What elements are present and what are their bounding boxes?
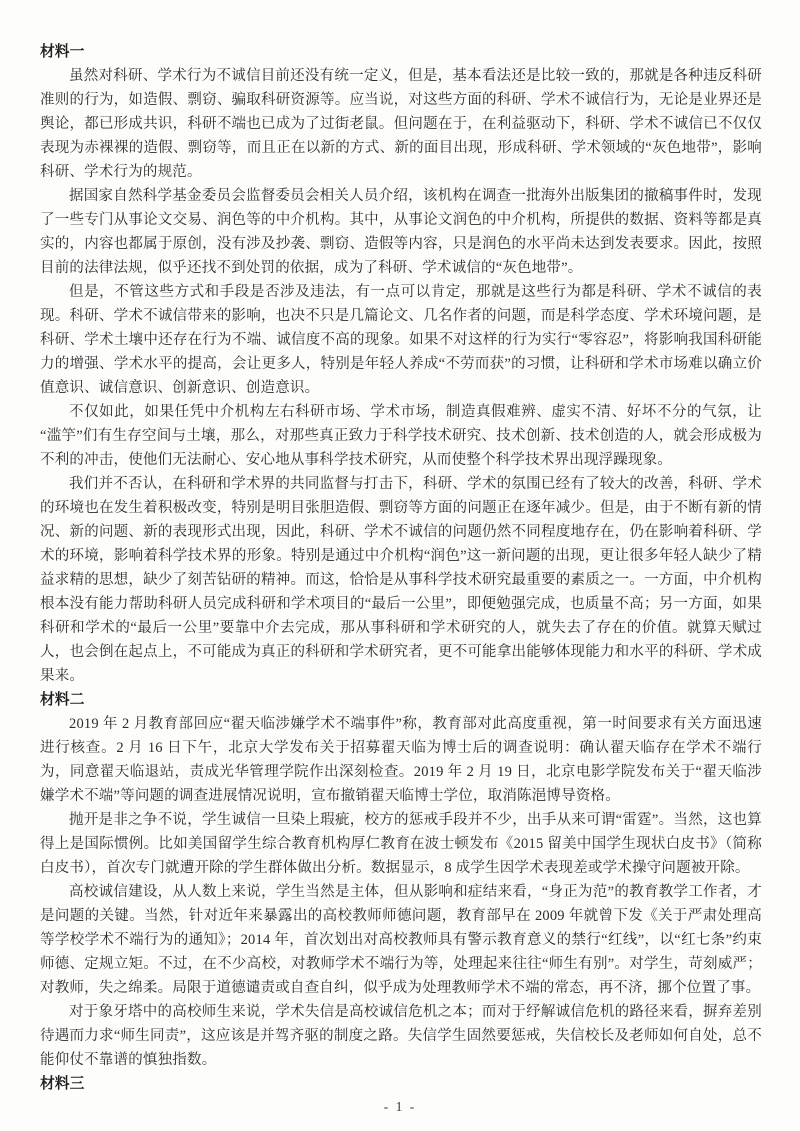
material-section: 材料三 (40, 1072, 762, 1096)
paragraph: 高校诚信建设，从人数上来说，学生当然是主体，但从影响和症结来看，“身正为范”的教… (40, 880, 762, 1000)
paragraph: 2019 年 2 月教育部回应“翟天临涉嫌学术不端事件”称，教育部对此高度重视，… (40, 712, 762, 808)
section-heading: 材料一 (40, 40, 762, 64)
paragraph: 我们并不否认，在科研和学术界的共同监督与打击下，科研、学术的氛围已经有了较大的改… (40, 472, 762, 688)
paragraph: 据国家自然科学基金委员会监督委员会相关人员介绍，该机构在调查一批海外出版集团的撤… (40, 184, 762, 280)
section-heading: 材料二 (40, 688, 762, 712)
material-section: 材料一 虽然对科研、学术行为不诚信目前还没有统一定义，但是，基本看法还是比较一致… (40, 40, 762, 688)
paragraph: 但是，不管这些方式和手段是否涉及违法，有一点可以肯定，那就是这些行为都是科研、学… (40, 280, 762, 400)
page-number: - 1 - (0, 1099, 800, 1115)
paragraph: 不仅如此，如果任凭中介机构左右科研市场、学术市场，制造真假难辨、虚实不清、好坏不… (40, 400, 762, 472)
section-paragraphs: 2019 年 2 月教育部回应“翟天临涉嫌学术不端事件”称，教育部对此高度重视，… (40, 712, 762, 1072)
section-paragraphs: 虽然对科研、学术行为不诚信目前还没有统一定义，但是，基本看法还是比较一致的，那就… (40, 64, 762, 688)
document-body: 材料一 虽然对科研、学术行为不诚信目前还没有统一定义，但是，基本看法还是比较一致… (40, 40, 762, 1096)
section-heading: 材料三 (40, 1072, 762, 1096)
paragraph: 对于象牙塔中的高校师生来说，学术失信是高校诚信危机之本；而对于纾解诚信危机的路径… (40, 1000, 762, 1072)
document-page: 材料一 虽然对科研、学术行为不诚信目前还没有统一定义，但是，基本看法还是比较一致… (0, 0, 800, 1131)
paragraph: 抛开是非之争不说，学生诚信一旦染上瑕疵，校方的惩戒手段并不少，出手从来可谓“雷霆… (40, 808, 762, 880)
material-section: 材料二 2019 年 2 月教育部回应“翟天临涉嫌学术不端事件”称，教育部对此高… (40, 688, 762, 1072)
paragraph: 虽然对科研、学术行为不诚信目前还没有统一定义，但是，基本看法还是比较一致的，那就… (40, 64, 762, 184)
